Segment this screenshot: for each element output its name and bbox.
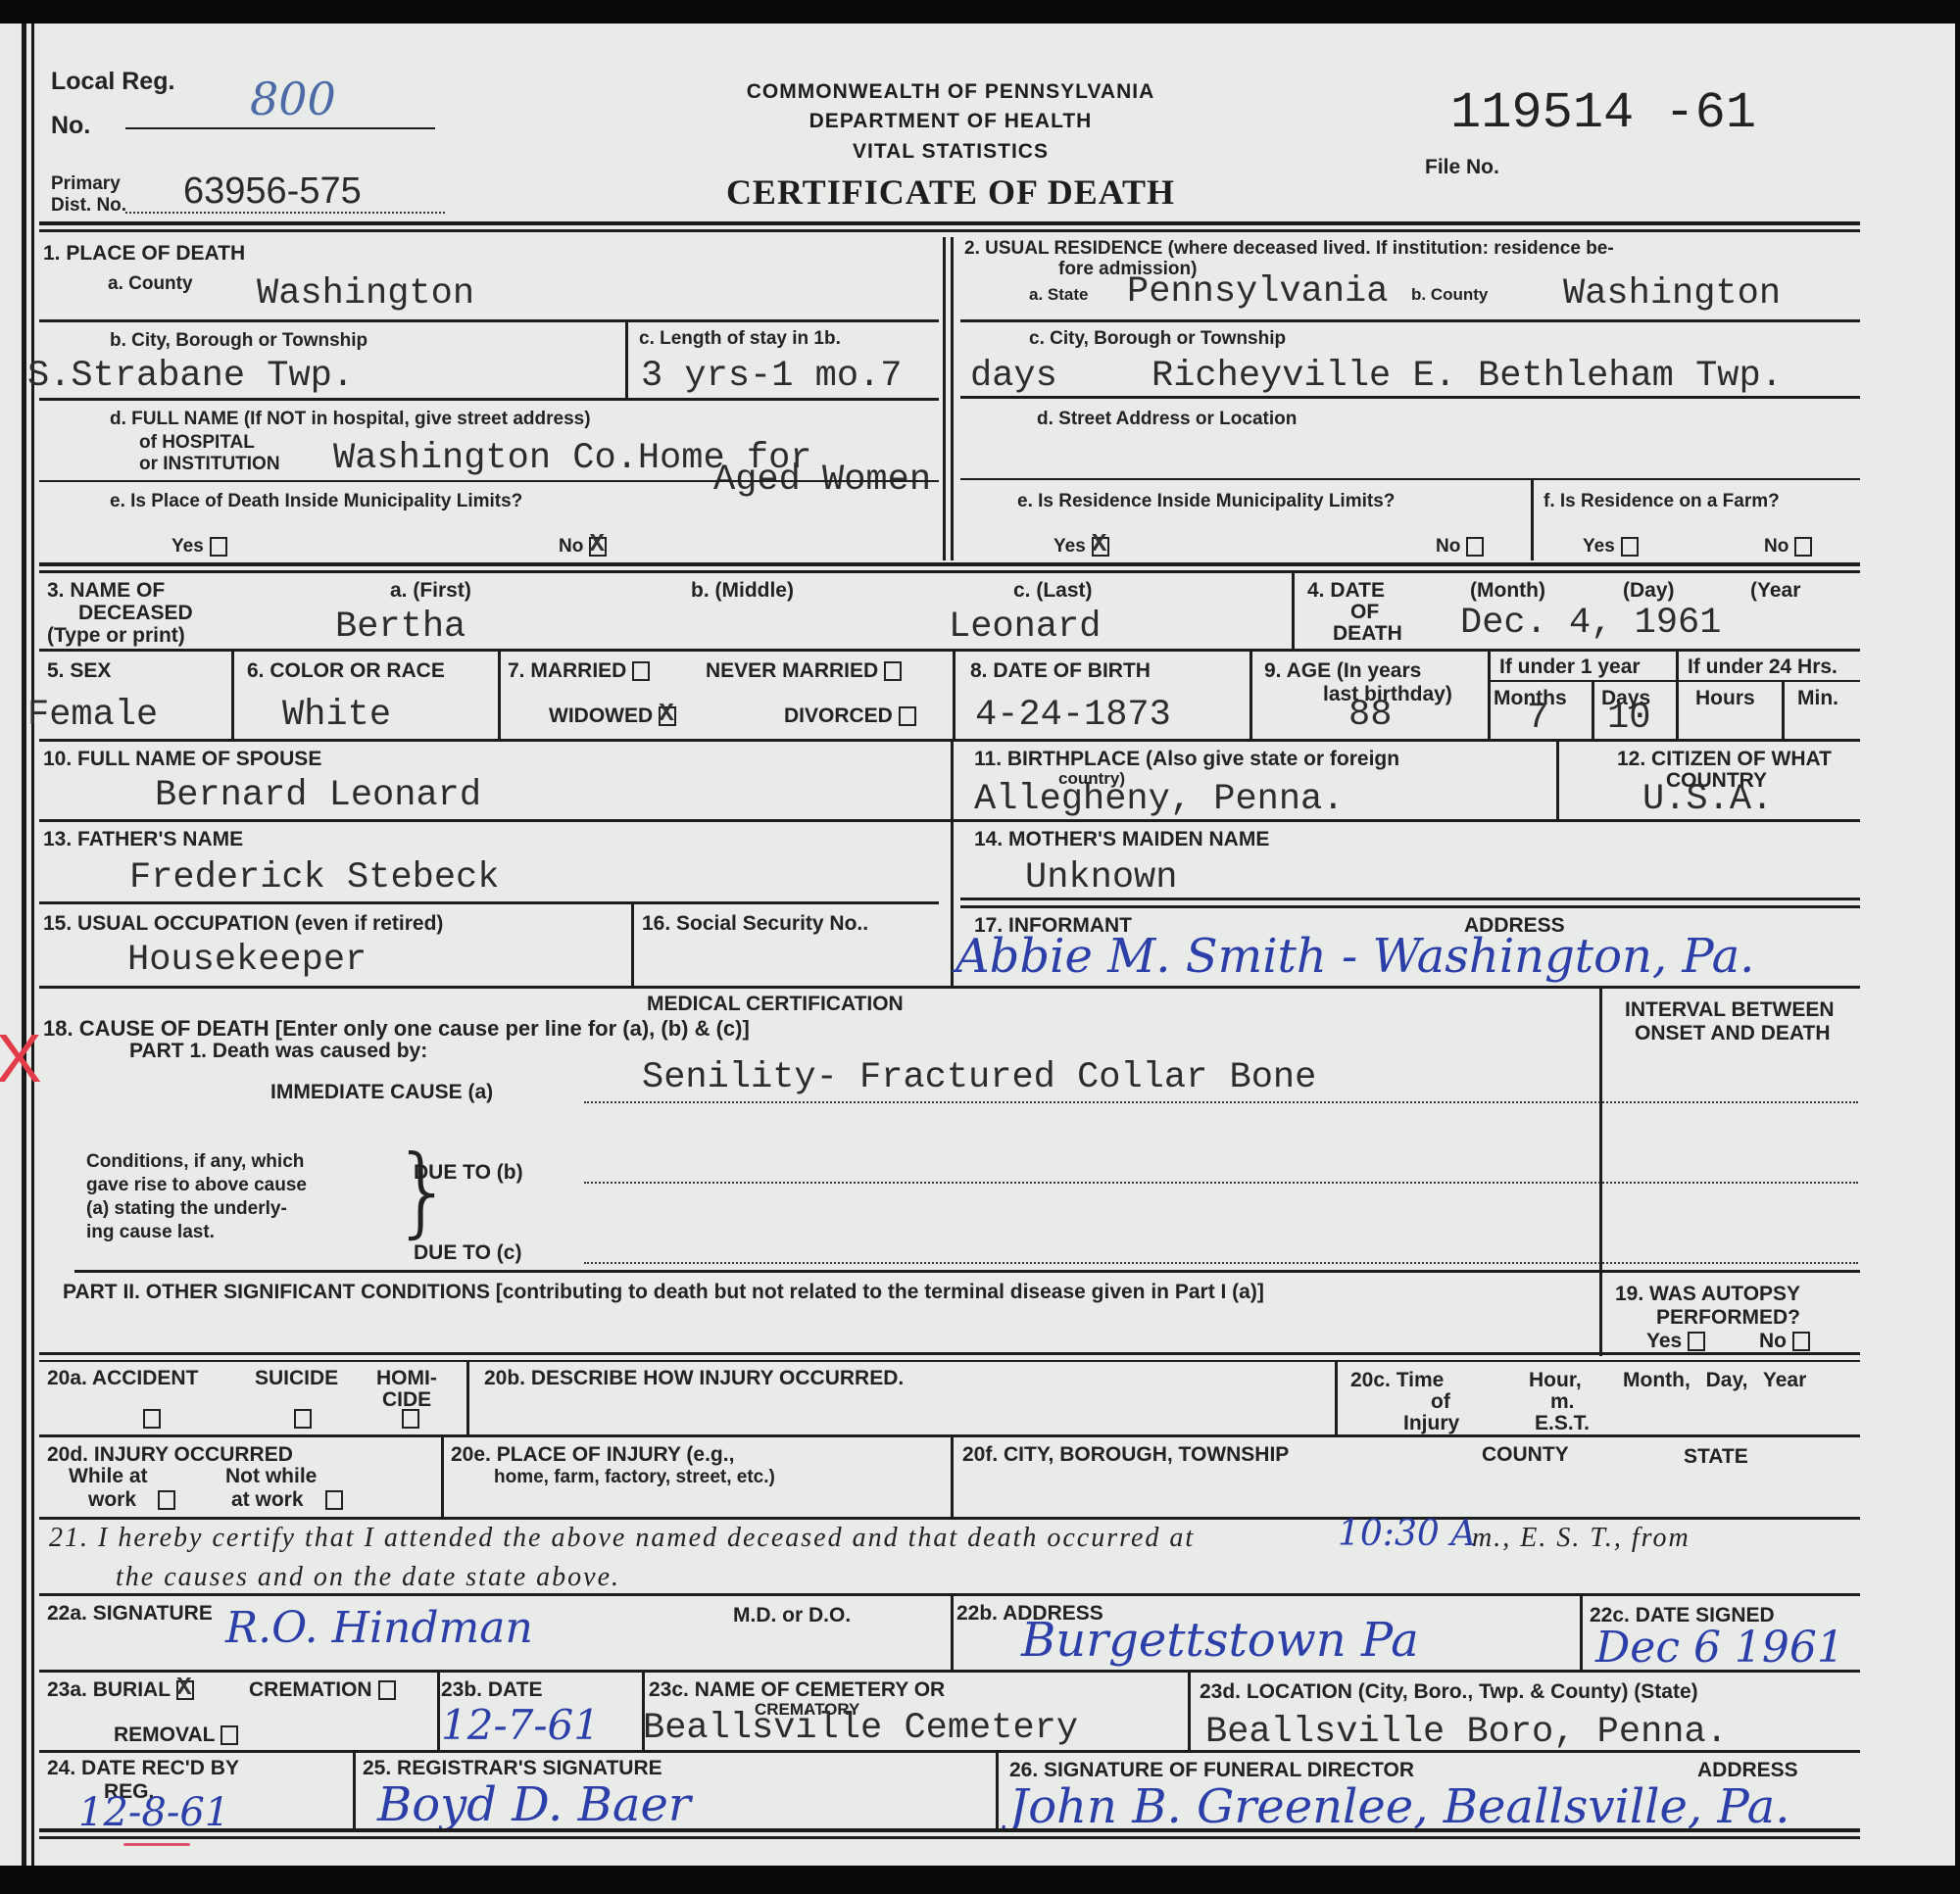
last-name-label: c. (Last): [1013, 580, 1093, 602]
birthplace: Allegheny, Penna.: [974, 782, 1344, 818]
death-county: Washington: [257, 276, 474, 313]
immediate-cause-label: IMMEDIATE CAUSE (a): [270, 1082, 493, 1103]
citizen-country: U.S.A.: [1642, 782, 1773, 818]
sex-value: Female: [27, 698, 158, 734]
residence-state: Pennsylvania: [1127, 274, 1388, 311]
institution-label-2: of HOSPITAL: [139, 433, 255, 453]
homicide-label: HOMI-: [376, 1368, 437, 1389]
primary-dist-label: Primary: [51, 174, 121, 194]
immediate-cause: Senility- Fractured Collar Bone: [642, 1060, 1316, 1096]
accident-checkbox[interactable]: [137, 1409, 161, 1429]
death-limits-yes[interactable]: Yes: [171, 537, 227, 557]
registrar-label: 25. REGISTRAR'S SIGNATURE: [363, 1758, 662, 1779]
citizen-label: 12. CITIZEN OF WHAT: [1617, 749, 1832, 770]
local-reg-value: 800: [250, 76, 336, 121]
interval-label-2: ONSET AND DEATH: [1635, 1023, 1831, 1044]
date-of-death: Dec. 4, 1961: [1460, 606, 1721, 642]
document-title: CERTIFICATE OF DEATH: [686, 171, 1215, 213]
under-1yr-label: If under 1 year: [1499, 656, 1641, 678]
father-name: Frederick Stebeck: [129, 860, 499, 897]
spouse-name: Bernard Leonard: [155, 778, 481, 814]
funeral-address-label: ADDRESS: [1697, 1760, 1798, 1781]
age-label: 9. AGE (In years: [1264, 660, 1421, 682]
spouse-label: 10. FULL NAME OF SPOUSE: [43, 749, 321, 770]
residence-county-label: b. County: [1411, 286, 1488, 304]
certification-statement: 21. I hereby certify that I attended the…: [49, 1523, 1195, 1554]
conditions-label-2: gave rise to above cause: [86, 1176, 307, 1195]
stay-label: c. Length of stay in 1b.: [639, 329, 841, 349]
first-name-label: a. (First): [390, 580, 471, 602]
dod-day-label: (Day): [1623, 580, 1675, 602]
burial-date: 12-7-61: [441, 1705, 600, 1746]
while-at-work-label: While at: [69, 1466, 148, 1487]
farm-no[interactable]: No: [1764, 537, 1812, 557]
agency-line-3: VITAL STATISTICS: [686, 140, 1215, 164]
local-reg-label: Local Reg.: [51, 69, 174, 94]
homicide-label-2: CIDE: [382, 1389, 431, 1411]
length-of-stay: 3 yrs-1 mo.7: [641, 359, 902, 395]
conditions-label-4: ing cause last.: [86, 1223, 215, 1242]
conditions-label-3: (a) stating the underly-: [86, 1199, 287, 1219]
cemetery-location: Beallsville Boro, Penna.: [1205, 1715, 1728, 1751]
occupation: Housekeeper: [127, 943, 367, 979]
autopsy-label-2: PERFORMED?: [1656, 1307, 1800, 1329]
never-married-option[interactable]: NEVER MARRIED: [706, 660, 902, 682]
last-name: Leonard: [949, 609, 1101, 646]
hours-label: Hours: [1695, 688, 1755, 709]
institution-label: d. FULL NAME (If NOT in hospital, give s…: [110, 410, 591, 429]
cemetery-name: Beallsville Cemetery: [643, 1711, 1078, 1747]
time-of-injury-label-2: of: [1431, 1391, 1450, 1413]
race-value: White: [282, 698, 391, 734]
date-of-birth: 4-24-1873: [975, 698, 1171, 734]
margin-red-x: X: [0, 1019, 42, 1097]
time-of-injury-label-3: Injury: [1403, 1413, 1459, 1434]
dod-label-2: OF: [1350, 602, 1379, 623]
not-at-work-label: Not while: [225, 1466, 317, 1487]
city-label: b. City, Borough or Township: [110, 331, 367, 351]
red-underline: [123, 1843, 190, 1846]
location-label: 23d. LOCATION (City, Boro., Twp. & Count…: [1200, 1681, 1698, 1703]
medical-certification-title: MEDICAL CERTIFICATION: [647, 994, 904, 1015]
accident-label: 20a. ACCIDENT: [47, 1368, 198, 1389]
suicide-checkbox[interactable]: [288, 1409, 312, 1429]
dod-month-label: (Month): [1470, 580, 1545, 602]
race-label: 6. COLOR OR RACE: [247, 660, 445, 682]
funeral-director-label: 26. SIGNATURE OF FUNERAL DIRECTOR: [1009, 1760, 1414, 1781]
death-limits-no[interactable]: No: [559, 537, 607, 557]
date-received: 12-8-61: [78, 1793, 229, 1832]
injury-county-label: COUNTY: [1482, 1444, 1569, 1466]
place-of-injury-label: 20e. PLACE OF INJURY (e.g.,: [451, 1444, 734, 1466]
signature-label: 22a. SIGNATURE: [47, 1603, 213, 1625]
deceased-name-label-2: DECEASED: [78, 603, 193, 624]
farm-label: f. Is Residence on a Farm?: [1543, 492, 1780, 511]
physician-signature: R.O. Hindman: [225, 1607, 533, 1650]
ssn-label: 16. Social Security No..: [642, 913, 868, 935]
dob-label: 8. DATE OF BIRTH: [970, 660, 1151, 682]
certification-statement-2: m., E. S. T., from: [1472, 1523, 1690, 1554]
primary-dist-value: 63956-575: [183, 170, 362, 213]
not-at-work-label-2[interactable]: at work: [231, 1489, 343, 1511]
month-day-year-label: Month, Day, Year: [1623, 1370, 1806, 1391]
father-label: 13. FATHER'S NAME: [43, 829, 243, 850]
burial-option[interactable]: 23a. BURIAL: [47, 1679, 194, 1701]
place-of-injury-label-2: home, farm, factory, street, etc.): [494, 1468, 775, 1487]
cause-of-death-label: 18. CAUSE OF DEATH [Enter only one cause…: [43, 1017, 750, 1040]
deceased-name-label-3: (Type or print): [47, 625, 185, 647]
cemetery-label: 23c. NAME OF CEMETERY OR: [649, 1679, 945, 1701]
time-of-death: 10:30 A: [1338, 1517, 1476, 1552]
due-to-c-label: DUE TO (c): [414, 1242, 521, 1264]
birthplace-label: 11. BIRTHPLACE (Also give state or forei…: [974, 749, 1399, 770]
under-24hr-label: If under 24 Hrs.: [1688, 656, 1837, 678]
file-number: 119514 -61: [1450, 84, 1756, 142]
dod-year-label: (Year: [1750, 580, 1800, 602]
residence-city-label: c. City, Borough or Township: [1029, 329, 1286, 349]
state-label: a. State: [1029, 286, 1088, 304]
agency-line-1: COMMONWEALTH OF PENNSYLVANIA: [686, 80, 1215, 104]
residence-city: Richeyville E. Bethleham Twp.: [1151, 359, 1783, 395]
physician-address: Burgettstown Pa: [1021, 1617, 1419, 1664]
hour-label: Hour,: [1529, 1370, 1582, 1391]
autopsy-yes[interactable]: Yes: [1646, 1331, 1705, 1352]
place-of-death-label: 1. PLACE OF DEATH: [43, 243, 245, 265]
funeral-director-signature: John B. Greenlee, Beallsville, Pa.: [1009, 1783, 1789, 1830]
farm-yes[interactable]: Yes: [1583, 537, 1639, 557]
left-border: [22, 24, 26, 1866]
dod-label: 4. DATE: [1307, 580, 1385, 602]
date-recd-label: 24. DATE REC'D BY: [47, 1758, 239, 1779]
dod-label-3: DEATH: [1333, 623, 1402, 645]
part2-label: PART II. OTHER SIGNIFICANT CONDITIONS [c…: [63, 1282, 1264, 1303]
injury-state-label: STATE: [1684, 1446, 1748, 1468]
homicide-checkbox[interactable]: [396, 1409, 419, 1429]
local-reg-no-label: No.: [51, 113, 90, 138]
certification-statement-3: the causes and on the date state above.: [116, 1562, 620, 1593]
informant-signature: Abbie M. Smith - Washington, Pa.: [955, 933, 1754, 980]
institution-label-3: or INSTITUTION: [139, 455, 280, 474]
brace: }: [392, 1142, 455, 1240]
part1-label: PART 1. Death was caused by:: [129, 1041, 427, 1062]
autopsy-label: 19. WAS AUTOPSY: [1615, 1284, 1800, 1305]
occupation-label: 15. USUAL OCCUPATION (even if retired): [43, 913, 443, 935]
describe-injury-label: 20b. DESCRIBE HOW INJURY OCCURRED.: [484, 1368, 904, 1389]
injury-city-label: 20f. CITY, BOROUGH, TOWNSHIP: [962, 1444, 1289, 1466]
primary-dist-no-label: Dist. No.: [51, 196, 126, 216]
county-label: a. County: [108, 274, 193, 294]
residence-county: Washington: [1563, 276, 1781, 313]
date-signed: Dec 6 1961: [1595, 1627, 1844, 1670]
residence-limits-label: e. Is Residence Inside Municipality Limi…: [1017, 492, 1395, 511]
removal-option[interactable]: REMOVAL: [114, 1724, 238, 1746]
autopsy-no[interactable]: No: [1759, 1331, 1810, 1352]
suicide-label: SUICIDE: [255, 1368, 338, 1389]
while-at-work-label-2[interactable]: work: [88, 1489, 175, 1511]
min-label: Min.: [1797, 688, 1838, 709]
cremation-option[interactable]: CREMATION: [249, 1679, 396, 1701]
hour-label-2: m.: [1550, 1391, 1575, 1413]
residence-label: 2. USUAL RESIDENCE (where deceased lived…: [964, 239, 1614, 259]
months-value: 7: [1527, 701, 1548, 737]
md-label: M.D. or D.O.: [733, 1605, 851, 1627]
sex-label: 5. SEX: [47, 660, 111, 682]
time-of-injury-label: 20c. Time: [1350, 1370, 1444, 1391]
injury-occurred-label: 20d. INJURY OCCURRED: [47, 1444, 293, 1466]
street-label: d. Street Address or Location: [1037, 410, 1297, 429]
divorced-option[interactable]: DIVORCED: [784, 705, 916, 727]
interval-label: INTERVAL BETWEEN: [1625, 999, 1835, 1021]
file-number-label: File No.: [1425, 157, 1499, 178]
death-city: S.Strabane Twp.: [27, 359, 354, 395]
hour-label-3: E.S.T.: [1535, 1413, 1590, 1434]
stay-continuation: days: [970, 359, 1057, 395]
residence-limits-yes[interactable]: Yes: [1053, 537, 1109, 557]
conditions-label: Conditions, if any, which: [86, 1152, 304, 1172]
middle-name-label: b. (Middle): [691, 580, 794, 602]
widowed-option[interactable]: WIDOWED: [549, 705, 676, 727]
agency-line-2: DEPARTMENT OF HEALTH: [686, 110, 1215, 133]
death-inside-limits-label: e. Is Place of Death Inside Municipality…: [110, 492, 522, 511]
days-value: 10: [1607, 701, 1650, 737]
mother-name: Unknown: [1025, 860, 1177, 897]
married-option[interactable]: 7. MARRIED: [508, 660, 650, 682]
age-value: 88: [1348, 698, 1392, 734]
residence-limits-no[interactable]: No: [1436, 537, 1484, 557]
first-name: Bertha: [335, 609, 465, 646]
left-border-inner: [31, 24, 34, 1866]
burial-date-label: 23b. DATE: [441, 1679, 542, 1701]
mother-label: 14. MOTHER'S MAIDEN NAME: [974, 829, 1269, 850]
deceased-name-label: 3. NAME OF: [47, 580, 165, 602]
due-to-b-label: DUE TO (b): [414, 1162, 523, 1184]
registrar-signature: Boyd D. Baer: [377, 1781, 691, 1828]
